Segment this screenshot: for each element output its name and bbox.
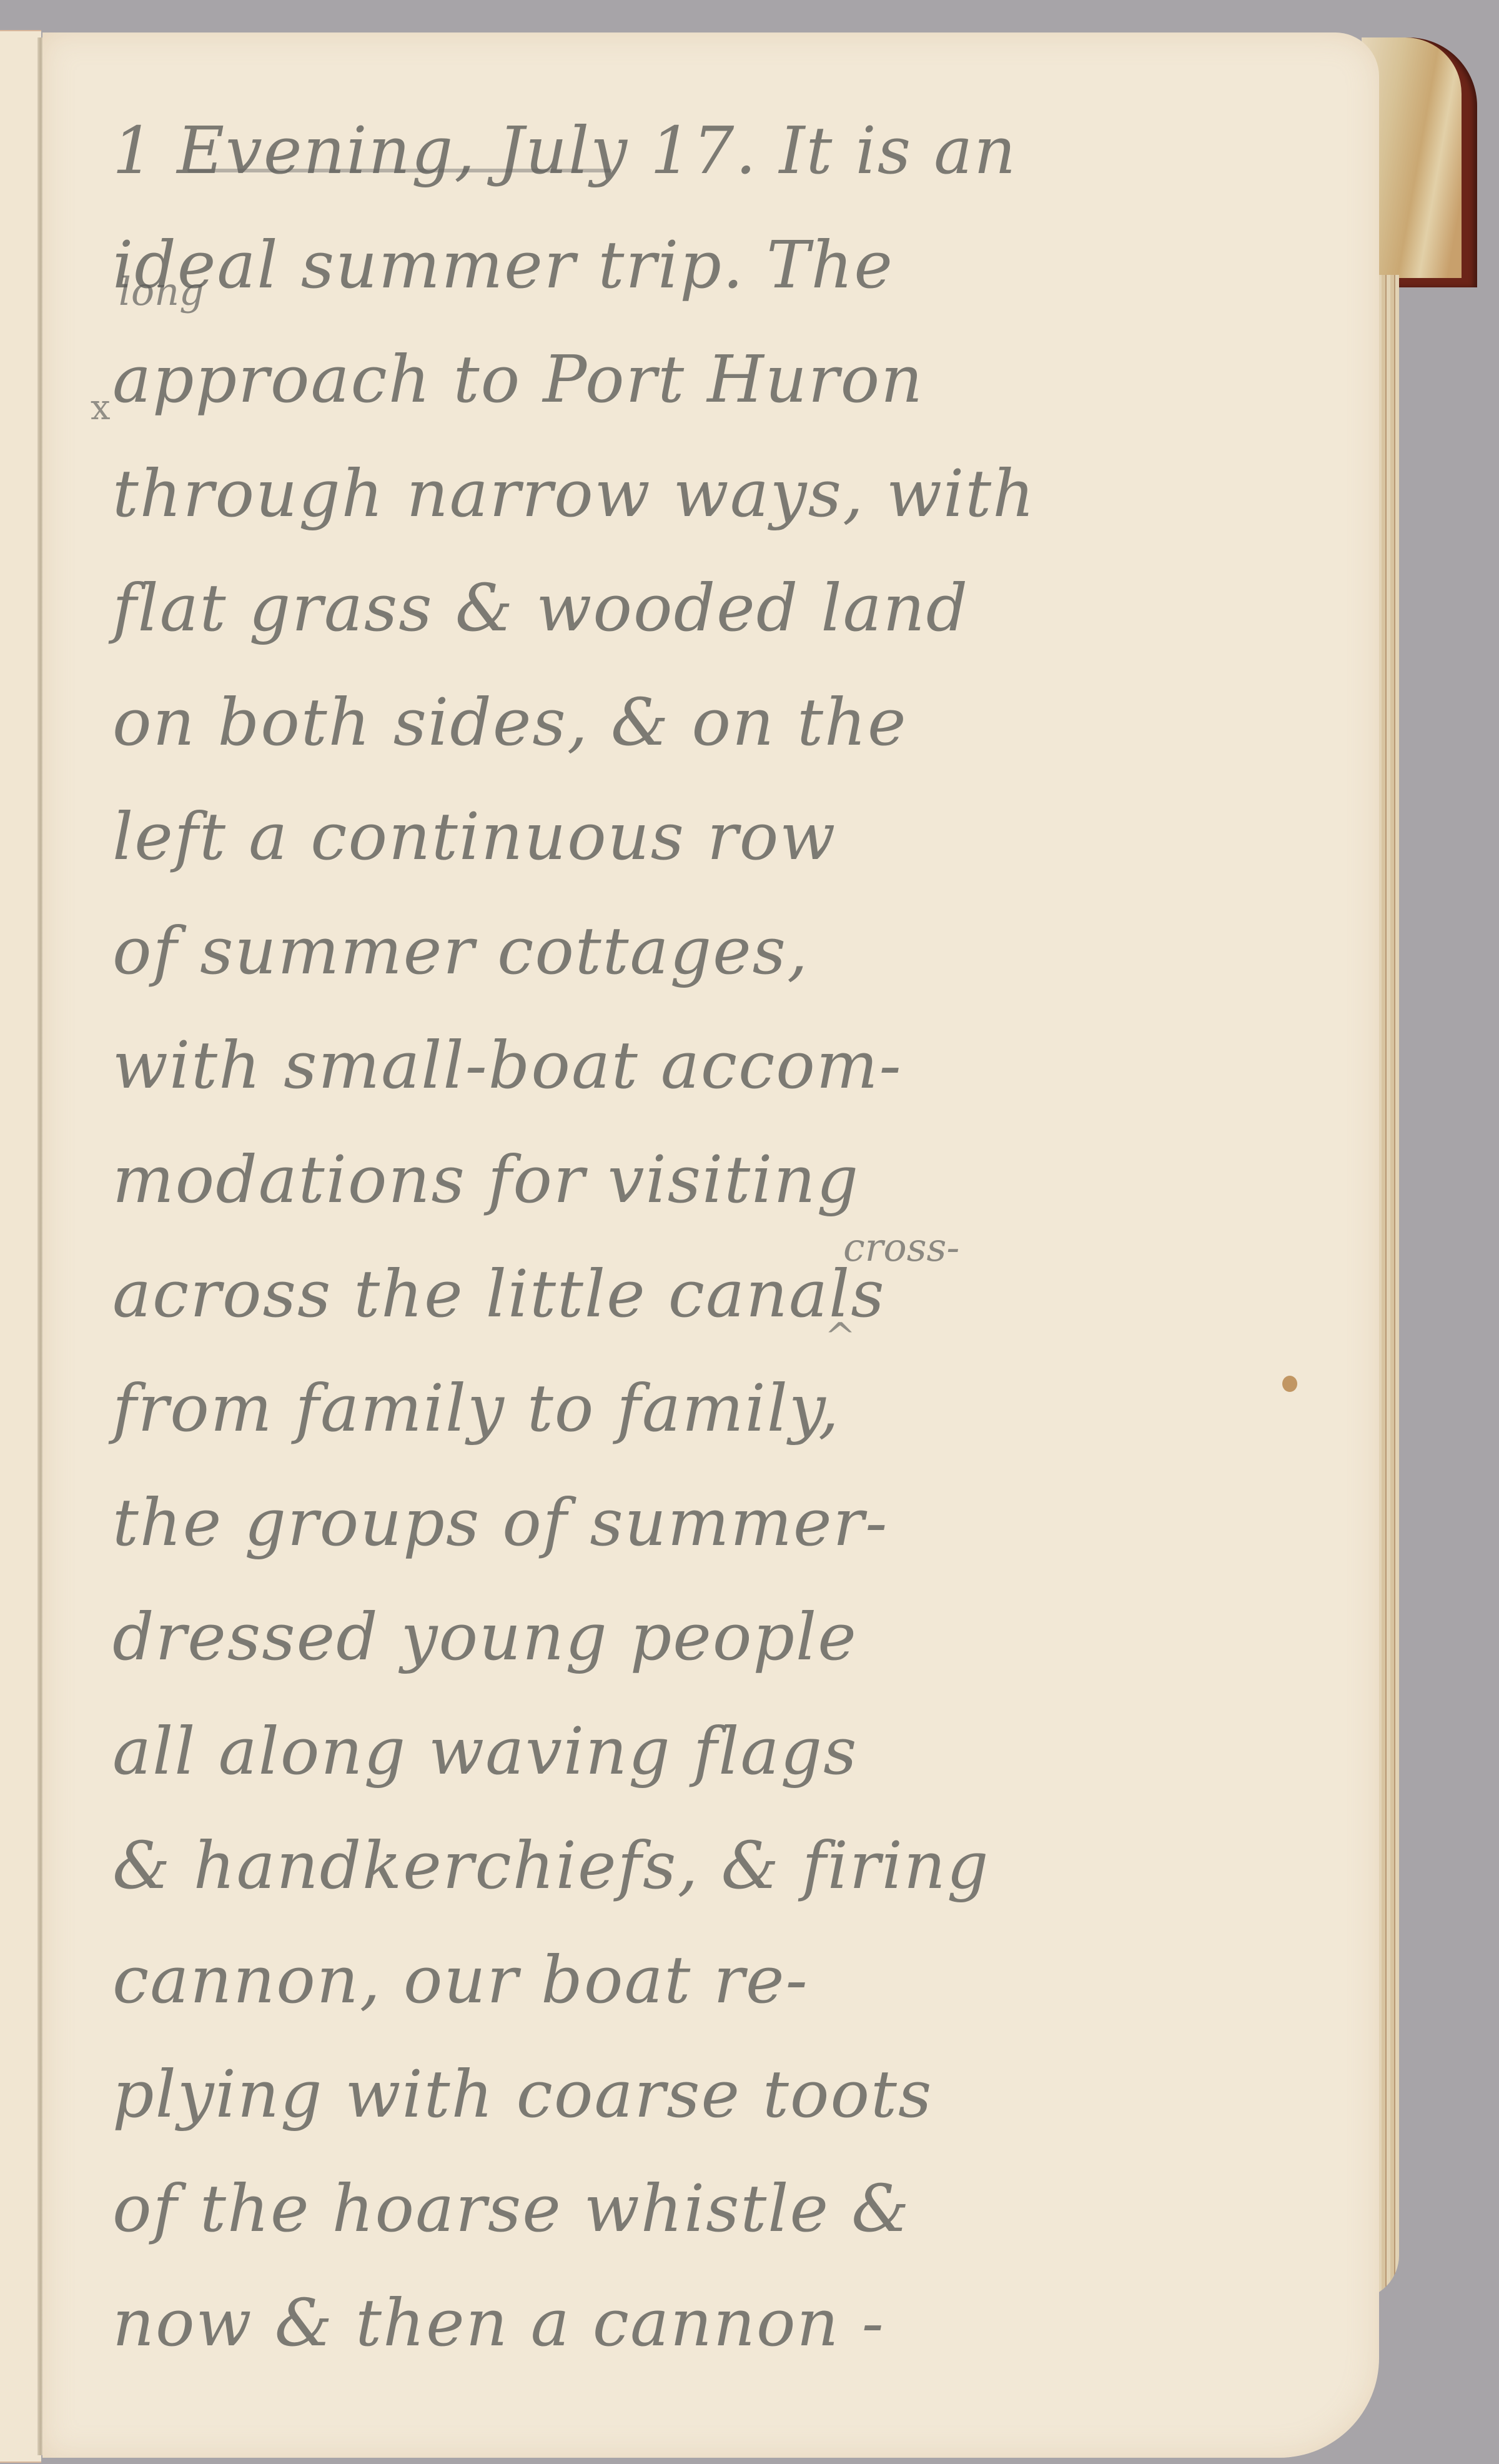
- text-line: flat grass & wooded land: [112, 551, 1299, 665]
- text-line: of the hoarse whistle &: [112, 2152, 1299, 2266]
- text-line: ideal summer trip. The: [112, 208, 1299, 322]
- text-line: 1 Evening, July 17. It is an: [112, 94, 1299, 208]
- text-line: now & then a cannon -: [112, 2266, 1299, 2380]
- text-line: on both sides, & on the: [112, 665, 1299, 780]
- text-line: all along waving flags: [112, 1694, 1299, 1809]
- text-line: of summer cottages,: [112, 894, 1299, 1008]
- text-line: dressed young people: [112, 1580, 1299, 1694]
- text-line: the groups of summer-: [112, 1466, 1299, 1580]
- text-line: left a continuous row: [112, 780, 1299, 894]
- text-line: & handkerchiefs, & firing: [112, 1809, 1299, 1923]
- text-line: approach to Port Huron: [112, 322, 1299, 437]
- text-line: cannon, our boat re-: [112, 1923, 1299, 2037]
- margin-mark: x: [91, 387, 111, 428]
- text-line: with small-boat accom-: [112, 1008, 1299, 1123]
- text-line: from family to family,: [112, 1351, 1299, 1466]
- previous-page-edge: [0, 30, 41, 2463]
- text-line: plying with coarse toots: [112, 2037, 1299, 2152]
- handwritten-text: 1 Evening, July 17. It is an ideal summe…: [112, 94, 1299, 2380]
- text-line: across the little canals: [112, 1237, 1299, 1351]
- text-line: modations for visiting: [112, 1123, 1299, 1237]
- text-line: through narrow ways, with: [112, 437, 1299, 551]
